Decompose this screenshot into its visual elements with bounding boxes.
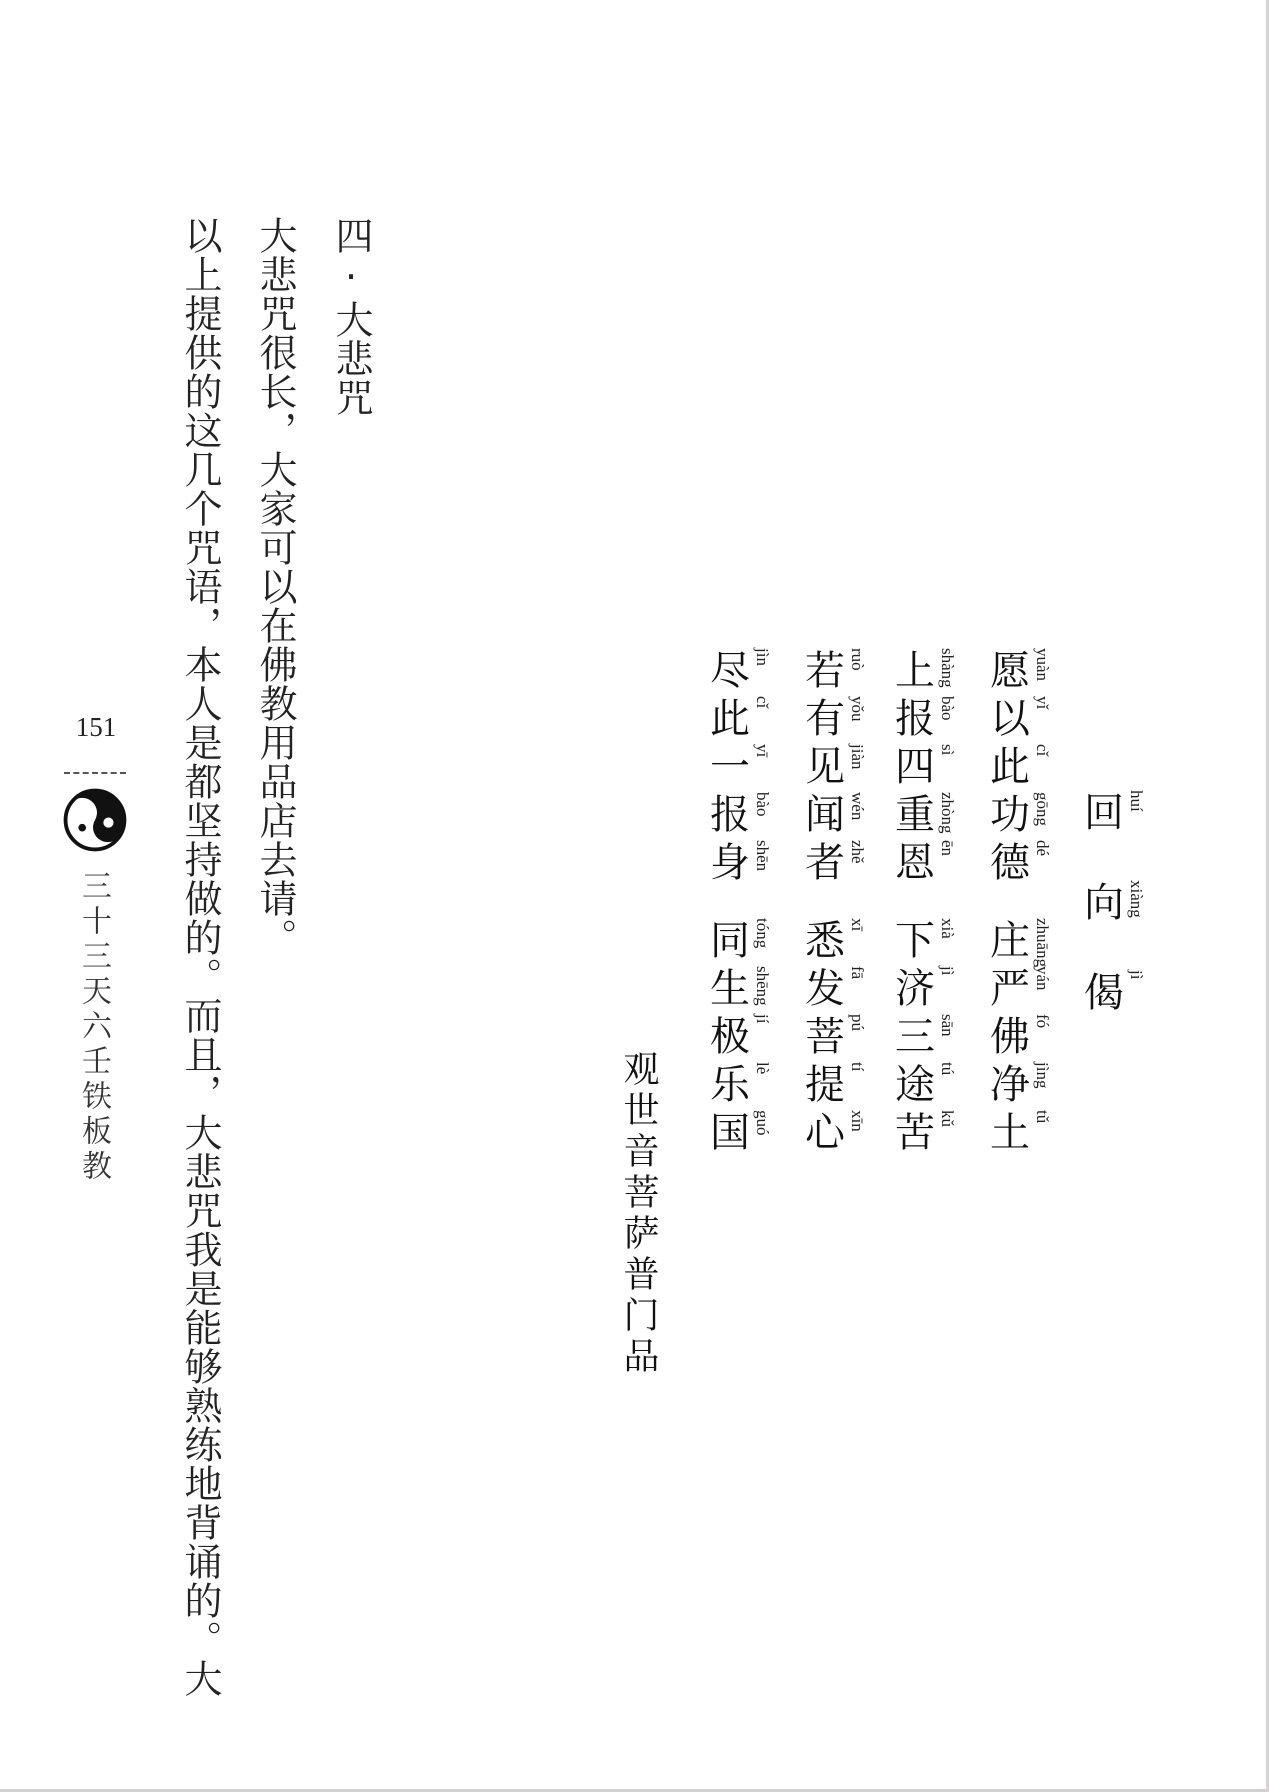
pinyin: zhuāng: [1034, 918, 1051, 967]
verse-character: 三sān: [893, 1014, 937, 1060]
pinyin: shēn: [754, 840, 771, 871]
verse-character: 提tí: [803, 1062, 847, 1108]
pinyin: ruò: [849, 648, 866, 671]
verse-character: 途tú: [893, 1062, 937, 1108]
verse-character: 发fā: [803, 966, 847, 1012]
hanzi: 见: [803, 744, 847, 790]
verse-character: 下xià: [893, 918, 937, 964]
pinyin: sān: [939, 1014, 956, 1037]
hanzi: 同: [708, 918, 752, 964]
pinyin: tú: [939, 1062, 956, 1075]
pinyin: ēn: [939, 840, 956, 856]
pinyin: zhòng: [939, 792, 956, 834]
verse-character: 报bào: [893, 696, 937, 742]
verse-character: 德dé: [988, 840, 1032, 886]
verse-character: 上shàng: [893, 648, 937, 694]
hanzi: 愿: [988, 648, 1032, 694]
verse-character: 者zhě: [803, 840, 847, 886]
pinyin: tǔ: [1034, 1110, 1051, 1123]
hanzi: 佛: [988, 1014, 1032, 1060]
pinyin: jì: [1128, 970, 1145, 979]
verse-character: 四sì: [893, 744, 937, 790]
pinyin: gōng: [1034, 792, 1051, 826]
verse-character: 见jiàn: [803, 744, 847, 790]
hanzi: 向: [1082, 880, 1126, 926]
pinyin: dé: [1034, 840, 1051, 856]
title-character: 向xiàng: [1082, 880, 1126, 926]
hanzi: 严: [988, 966, 1032, 1012]
page-number: 151: [72, 712, 120, 743]
pinyin: yǐ: [1034, 696, 1051, 709]
hanzi: 生: [708, 966, 752, 1012]
hanzi: 三: [893, 1014, 937, 1060]
yin-yang-icon: [63, 788, 127, 852]
hanzi: 者: [803, 840, 847, 886]
verse-character: 报bào: [708, 792, 752, 838]
verse-character: 菩pú: [803, 1014, 847, 1060]
section-heading: 四·大悲咒: [332, 216, 370, 417]
hanzi: 发: [803, 966, 847, 1012]
hanzi: 乐: [708, 1062, 752, 1108]
verse-character: 闻wén: [803, 792, 847, 838]
margin-divider: [64, 772, 126, 774]
pinyin: sì: [939, 744, 956, 755]
pinyin: tí: [849, 1062, 866, 1071]
verse-character: 此cǐ: [708, 696, 752, 742]
hanzi: 下: [893, 918, 937, 964]
verse-character: 功gōng: [988, 792, 1032, 838]
hanzi: 闻: [803, 792, 847, 838]
hanzi: 有: [803, 696, 847, 742]
hanzi: 此: [988, 744, 1032, 790]
hanzi: 德: [988, 840, 1032, 886]
hanzi: 报: [708, 792, 752, 838]
pinyin: xià: [939, 918, 956, 939]
verse-character: 同tóng: [708, 918, 752, 964]
hanzi: 土: [988, 1110, 1032, 1156]
pinyin: wén: [849, 792, 866, 820]
verse-character: 佛fó: [988, 1014, 1032, 1060]
verse-character: 恩ēn: [893, 840, 937, 886]
hanzi: 庄: [988, 918, 1032, 964]
hanzi: 极: [708, 1014, 752, 1060]
pinyin: shēng: [754, 966, 771, 1006]
verse-character: 乐lè: [708, 1062, 752, 1108]
hanzi: 回: [1082, 790, 1126, 836]
pinyin: yán: [1034, 966, 1051, 991]
pinyin: pú: [849, 1014, 866, 1031]
pinyin: fā: [849, 966, 866, 979]
verse-character: 以yǐ: [988, 696, 1032, 742]
verse-character: 身shēn: [708, 840, 752, 886]
hanzi: 若: [803, 648, 847, 694]
pinyin: kǔ: [939, 1110, 956, 1127]
pinyin: cǐ: [1034, 744, 1051, 756]
book-title: 三十三天六壬铁板教: [78, 870, 108, 1185]
verse-character: 苦kǔ: [893, 1110, 937, 1156]
pinyin: cǐ: [754, 696, 771, 708]
pinyin: shàng: [939, 648, 956, 688]
pinyin: jìn: [754, 648, 771, 666]
hanzi: 恩: [893, 840, 937, 886]
hanzi: 悉: [803, 918, 847, 964]
pinyin: fó: [1034, 1014, 1051, 1028]
verse-character: 生shēng: [708, 966, 752, 1012]
pinyin: jì: [939, 966, 956, 975]
hanzi: 心: [803, 1110, 847, 1156]
pinyin: jí: [754, 1014, 771, 1023]
paragraph-column-2: 以上提供的这几个咒语，本人是都坚持做的。而且，大悲咒我是能够熟练地背诵的。大: [181, 216, 219, 1698]
pinyin: tóng: [754, 918, 771, 948]
hanzi: 尽: [708, 648, 752, 694]
hanzi: 一: [708, 744, 752, 790]
pinyin: xī: [849, 918, 866, 931]
verse-character: 净jìng: [988, 1062, 1032, 1108]
hanzi: 报: [893, 696, 937, 742]
title-character: 回huí: [1082, 790, 1126, 836]
verse-character: 心xīn: [803, 1110, 847, 1156]
verse-character: 土tǔ: [988, 1110, 1032, 1156]
hanzi: 功: [988, 792, 1032, 838]
book-page: 回huí向xiàng偈jì 愿yuàn以yǐ此cǐ功gōng德dé庄zhuāng…: [0, 0, 1269, 1792]
verse-character: 极jí: [708, 1014, 752, 1060]
verse-character: 愿yuàn: [988, 648, 1032, 694]
verse-source: 观世音菩萨普门品: [620, 1050, 656, 1378]
hanzi: 重: [893, 792, 937, 838]
pinyin: jiàn: [849, 744, 866, 770]
hanzi: 上: [893, 648, 937, 694]
verse-character: 此cǐ: [988, 744, 1032, 790]
verse-character: 济jì: [893, 966, 937, 1012]
hanzi: 济: [893, 966, 937, 1012]
hanzi: 途: [893, 1062, 937, 1108]
verse-character: 有yǒu: [803, 696, 847, 742]
hanzi: 以: [988, 696, 1032, 742]
title-character: 偈jì: [1082, 970, 1126, 1016]
hanzi: 偈: [1082, 970, 1126, 1016]
verse-character: 尽jìn: [708, 648, 752, 694]
verse-character: 若ruò: [803, 648, 847, 694]
verse-character: 严yán: [988, 966, 1032, 1012]
hanzi: 身: [708, 840, 752, 886]
pinyin: xiàng: [1128, 880, 1145, 918]
verse-character: 悉xī: [803, 918, 847, 964]
pinyin: bào: [754, 792, 771, 817]
pinyin: yuàn: [1034, 648, 1051, 681]
verse-character: 一yī: [708, 744, 752, 790]
pinyin: zhě: [849, 840, 866, 864]
pinyin: yī: [754, 744, 771, 757]
hanzi: 国: [708, 1110, 752, 1156]
pinyin: bào: [939, 696, 956, 721]
pinyin: xīn: [849, 1110, 866, 1132]
hanzi: 菩: [803, 1014, 847, 1060]
paragraph-column-1: 大悲咒很长，大家可以在佛教用品店去请。: [256, 216, 294, 957]
verse-character: 重zhòng: [893, 792, 937, 838]
pinyin: lè: [754, 1062, 771, 1074]
pinyin: yǒu: [849, 696, 866, 722]
verse-character: 国guó: [708, 1110, 752, 1156]
hanzi: 净: [988, 1062, 1032, 1108]
pinyin: huí: [1128, 790, 1145, 812]
hanzi: 苦: [893, 1110, 937, 1156]
verse-character: 庄zhuāng: [988, 918, 1032, 964]
hanzi: 提: [803, 1062, 847, 1108]
hanzi: 四: [893, 744, 937, 790]
pinyin: jìng: [1034, 1062, 1051, 1088]
hanzi: 此: [708, 696, 752, 742]
pinyin: guó: [754, 1110, 771, 1136]
